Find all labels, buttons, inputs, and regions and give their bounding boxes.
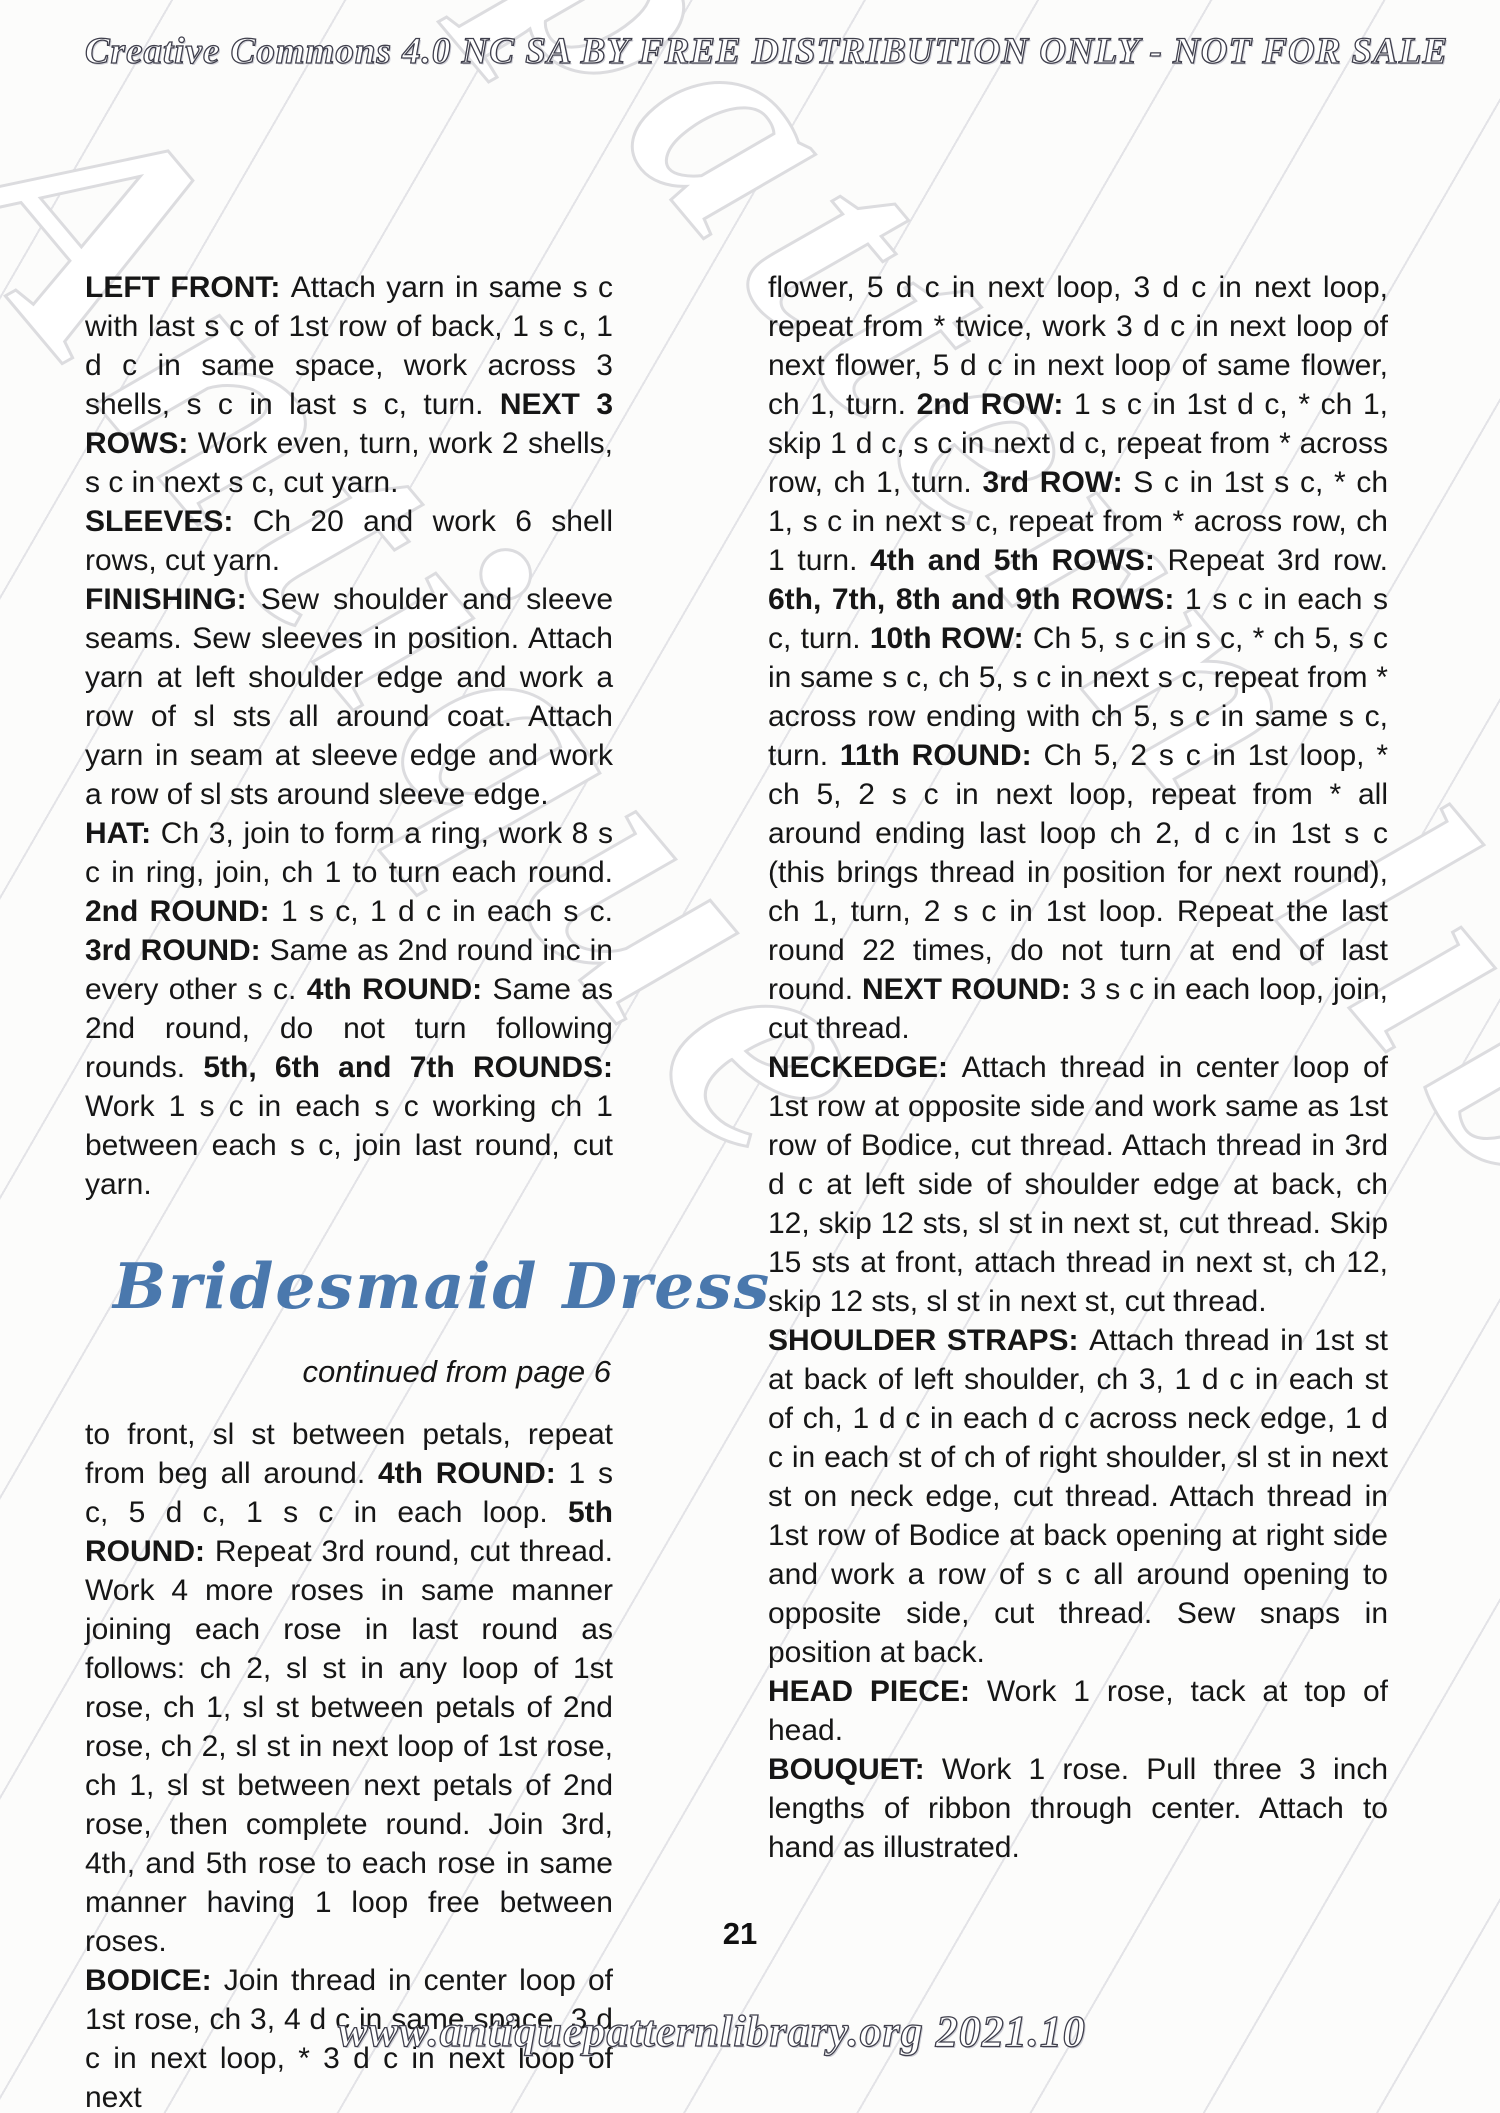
left-column: LEFT FRONT: Attach yarn in same s c with… [85, 268, 613, 2113]
pattern-paragraph: LEFT FRONT: Attach yarn in same s c with… [85, 268, 613, 502]
section-label: 3rd ROUND: [85, 934, 270, 967]
pattern-paragraph: HAT: Ch 3, join to form a ring, work 8 s… [85, 814, 613, 1204]
pattern-text: Attach thread in center loop of 1st row … [768, 1051, 1388, 1318]
pattern-text: Work 1 s c in each s c working ch 1 betw… [85, 1090, 613, 1201]
section-label: 4th ROUND: [307, 973, 493, 1006]
section-label: HEAD PIECE: [768, 1675, 987, 1708]
section-label: 6th, 7th, 8th and 9th ROWS: [768, 583, 1185, 616]
section-label: 2nd ROUND: [85, 895, 281, 928]
document-page: { "header": { "license_line": "Creative … [0, 0, 1500, 2113]
pattern-paragraph: HEAD PIECE: Work 1 rose, tack at top of … [768, 1672, 1388, 1750]
section-label: 10th ROW: [870, 622, 1033, 655]
section-label: BOUQUET: [768, 1753, 942, 1786]
site-footer: www.antiquepatternlibrary.org 2021.10 [0, 2006, 1424, 2057]
pattern-text: Sew shoulder and sleeve seams. Sew sleev… [85, 583, 613, 811]
pattern-text: Repeat 3rd row. [1168, 544, 1389, 577]
section-label: NEXT ROUND: [862, 973, 1080, 1006]
section-label: FINISHING: [85, 583, 261, 616]
section-label: 11th ROUND: [840, 739, 1044, 772]
section-label: SHOULDER STRAPS: [768, 1324, 1089, 1357]
pattern-text: Repeat 3rd round, cut thread. Work 4 mor… [85, 1535, 613, 1958]
pattern-text: Attach thread in 1st st at back of left … [768, 1324, 1388, 1669]
right-column: flower, 5 d c in next loop, 3 d c in nex… [768, 268, 1388, 1867]
pattern-text: 1 s c, 1 d c in each s c. [281, 895, 613, 928]
section-label: 5th, 6th and 7th ROUNDS: [203, 1051, 613, 1084]
section-label: 4th ROUND: [378, 1457, 569, 1490]
pattern-text: Ch 3, join to form a ring, work 8 s c in… [85, 817, 613, 889]
section-label: 3rd ROW: [982, 466, 1133, 499]
license-banner: Creative Commons 4.0 NC SA BY FREE DISTR… [85, 30, 1025, 73]
pattern-paragraph: SLEEVES: Ch 20 and work 6 shell rows, cu… [85, 502, 613, 580]
section-label: NECKEDGE: [768, 1051, 962, 1084]
section-label: HAT: [85, 817, 161, 850]
pattern-paragraph: FINISHING: Sew shoulder and sleeve seams… [85, 580, 613, 814]
pattern-title: Bridesmaid Dress [113, 1250, 613, 1322]
pattern-paragraph: to front, sl st between petals, repeat f… [85, 1415, 613, 1961]
section-label: BODICE: [85, 1964, 224, 1997]
section-label: LEFT FRONT: [85, 271, 291, 304]
pattern-paragraph: flower, 5 d c in next loop, 3 d c in nex… [768, 268, 1388, 1048]
pattern-paragraph: NECKEDGE: Attach thread in center loop o… [768, 1048, 1388, 1321]
pattern-text: Ch 5, 2 s c in 1st loop, * ch 5, 2 s c i… [768, 739, 1388, 1006]
continued-note: continued from page 6 [85, 1352, 611, 1391]
section-label: 4th and 5th ROWS: [870, 544, 1167, 577]
section-label: SLEEVES: [85, 505, 253, 538]
page-number: 21 [0, 1916, 1480, 1952]
pattern-paragraph: BOUQUET: Work 1 rose. Pull three 3 inch … [768, 1750, 1388, 1867]
pattern-paragraph: SHOULDER STRAPS: Attach thread in 1st st… [768, 1321, 1388, 1672]
section-label: 2nd ROW: [917, 388, 1074, 421]
